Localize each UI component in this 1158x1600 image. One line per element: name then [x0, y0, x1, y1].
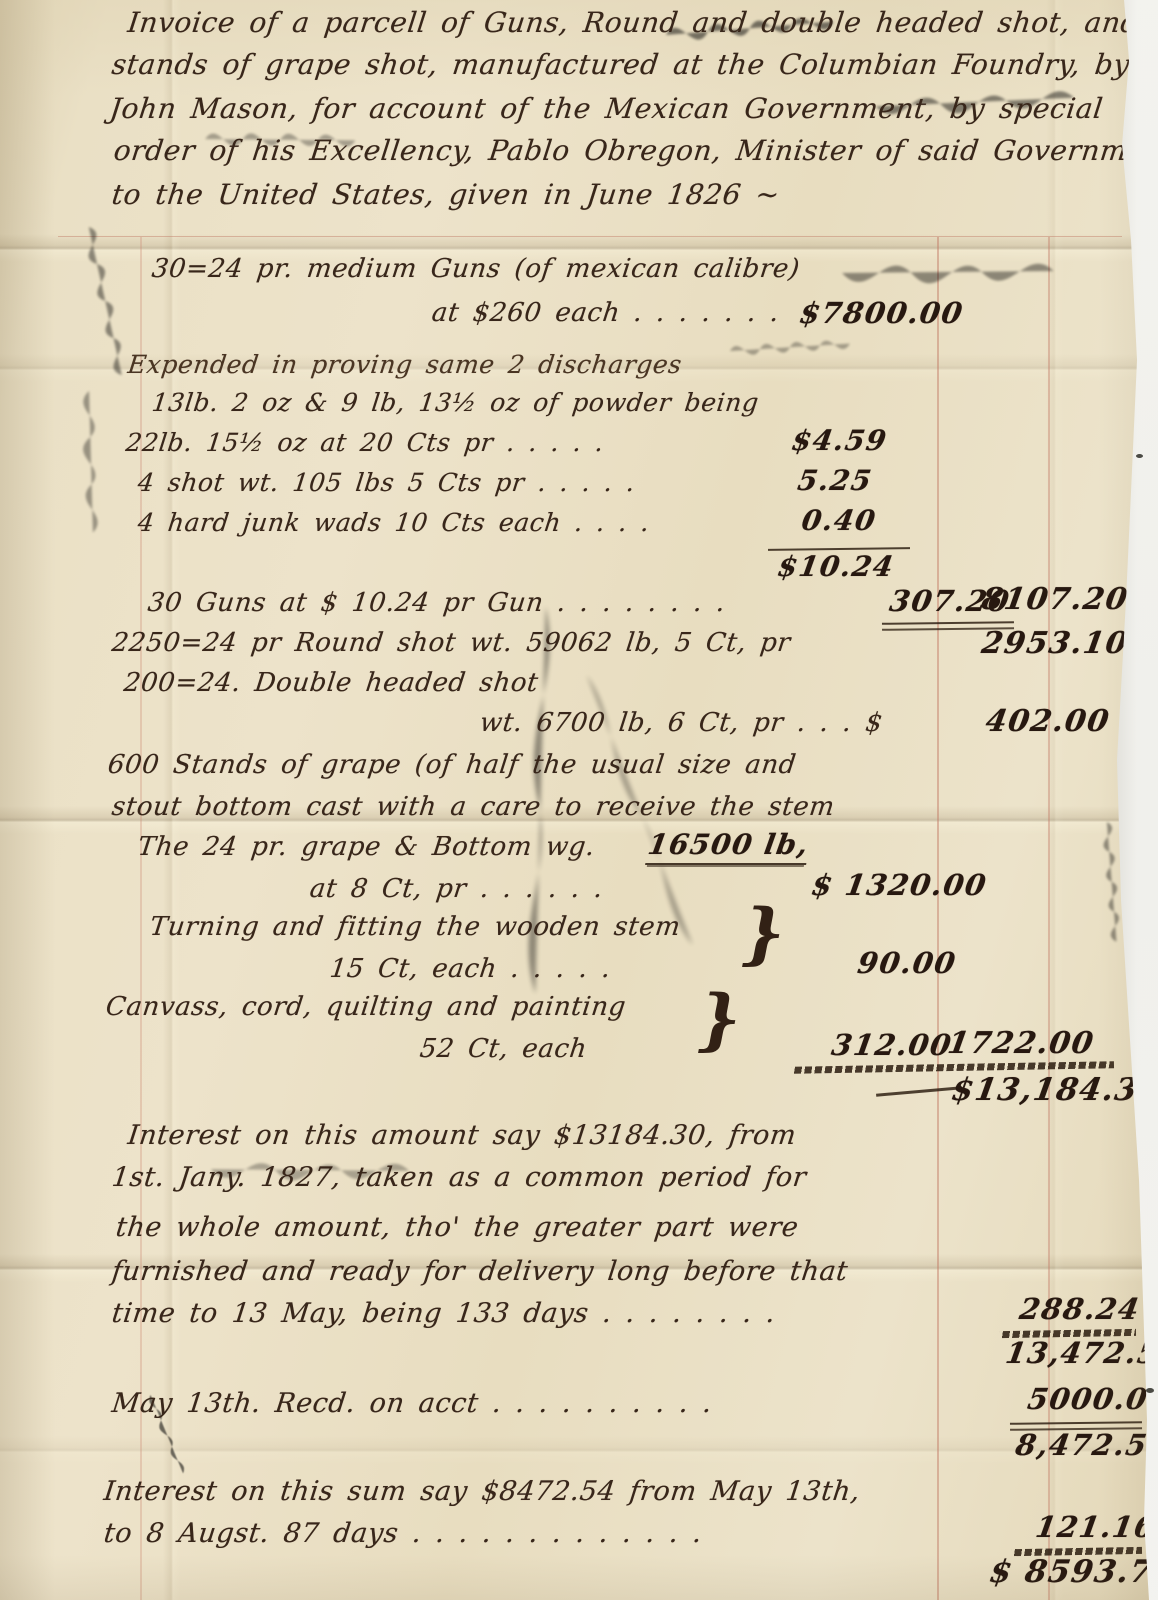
- fold-crease-horizontal: [0, 1436, 1158, 1464]
- item-powder-weights: 13lb. 2 oz & 9 lb, 13½ oz of powder bein…: [150, 388, 760, 417]
- amount-shot: 5.25: [795, 464, 874, 497]
- interest-line-4: furnished and ready for delivery long be…: [110, 1256, 850, 1287]
- header-line-1: Invoice of a parcell of Guns, Round and …: [126, 6, 1141, 39]
- header-line-5: to the United States, given in June 1826…: [110, 178, 782, 211]
- amount-canvass: 1722.00: [945, 1026, 1097, 1061]
- amount-balance: 8,472.54: [1013, 1428, 1158, 1462]
- flourish-before-subtotal: [876, 1086, 962, 1096]
- amount-guns: $7800.00: [797, 296, 966, 330]
- interest-line-6: Interest on this sum say $8472.54 from M…: [102, 1476, 862, 1507]
- ledger-rule-top: [58, 236, 1122, 237]
- item-guns: 30=24 pr. medium Guns (of mexican calibr…: [150, 254, 801, 284]
- item-guns-rate: at $260 each . . . . . . .: [430, 298, 781, 328]
- item-shot: 4 shot wt. 105 lbs 5 Cts pr . . . . .: [136, 468, 637, 497]
- ink-bleedthrough: [640, 327, 941, 376]
- amount-double-shot: 402.00: [983, 704, 1112, 739]
- item-expended: Expended in proving same 2 discharges: [126, 350, 683, 379]
- invoice-paper: Invoice of a parcell of Guns, Round and …: [0, 0, 1158, 1600]
- item-grape-rate: at 8 Ct, pr . . . . . .: [308, 874, 605, 904]
- brace-turning: }: [742, 894, 784, 972]
- item-round-shot: 2250=24 pr Round shot wt. 59062 lb, 5 Ct…: [110, 628, 792, 658]
- amount-subtotal: $13,184.30: [949, 1072, 1158, 1108]
- item-turning-2: 15 Ct, each . . . . .: [328, 954, 612, 984]
- item-turning-1: Turning and fitting the wooden stem: [148, 912, 682, 942]
- amount-total-with-interest: 13,472.54: [1003, 1336, 1158, 1370]
- header-line-4: order of his Excellency, Pablo Obregon, …: [112, 134, 1158, 167]
- item-grape-1: 600 Stands of grape (of half the usual s…: [106, 750, 798, 780]
- scan-speck: [1146, 1388, 1154, 1393]
- amount-wads: 0.40: [799, 504, 878, 537]
- amount-round-shot: 2953.10: [979, 626, 1131, 661]
- amount-received: 5000.00: [1025, 1382, 1158, 1416]
- received-line: May 13th. Recd. on acct . . . . . . . . …: [110, 1388, 714, 1419]
- amount-canvass-rate: 312.00: [829, 1028, 954, 1062]
- item-grape-3: The 24 pr. grape & Bottom wg.: [136, 832, 597, 862]
- header-line-3: John Mason, for account of the Mexican G…: [108, 92, 1105, 125]
- amount-turning: 90.00: [855, 946, 959, 980]
- item-double-shot: 200=24. Double headed shot: [122, 668, 540, 698]
- ink-bleedthrough: [51, 384, 128, 539]
- interest-line-5: time to 13 May, being 133 days . . . . .…: [110, 1298, 777, 1329]
- scan-speck: [1136, 454, 1143, 458]
- amount-grape: $ 1320.00: [809, 868, 989, 902]
- interest-line-7: to 8 Augst. 87 days . . . . . . . . . . …: [102, 1518, 704, 1549]
- amount-final-total: $ 8593.70: [987, 1554, 1158, 1590]
- item-double-shot-weight: wt. 6700 lb, 6 Ct, pr . . . $: [478, 708, 884, 738]
- item-powder-total: 22lb. 15½ oz at 20 Cts pr . . . . .: [124, 428, 605, 457]
- amount-proving-subtotal: $10.24: [775, 550, 896, 583]
- amount-interest-1: 288.24: [1017, 1292, 1142, 1326]
- header-line-2: stands of grape shot, manufactured at th…: [110, 48, 1132, 81]
- brace-canvass: }: [698, 980, 740, 1058]
- amount-guns-cost: 8107.20: [979, 582, 1131, 617]
- interest-line-2: 1st. Jany. 1827, taken as a common perio…: [110, 1162, 808, 1193]
- item-canvass-2: 52 Ct, each: [418, 1034, 589, 1064]
- amount-grape-weight: 16500 lb,: [645, 828, 811, 865]
- item-grape-2: stout bottom cast with a care to receive…: [110, 792, 836, 822]
- interest-line-3: the whole amount, tho' the greater part …: [114, 1212, 800, 1243]
- item-guns-cost: 30 Guns at $ 10.24 pr Gun . . . . . . . …: [146, 588, 727, 618]
- amount-powder: $4.59: [789, 424, 889, 457]
- ledger-rule-column-1: [937, 237, 939, 1600]
- amount-interest-2: 121.16: [1033, 1510, 1158, 1544]
- item-wads: 4 hard junk wads 10 Cts each . . . .: [136, 508, 651, 537]
- interest-line-1: Interest on this amount say $13184.30, f…: [126, 1120, 798, 1151]
- item-canvass-1: Canvass, cord, quilting and painting: [104, 992, 628, 1022]
- scanned-invoice-page: Invoice of a parcell of Guns, Round and …: [0, 0, 1158, 1600]
